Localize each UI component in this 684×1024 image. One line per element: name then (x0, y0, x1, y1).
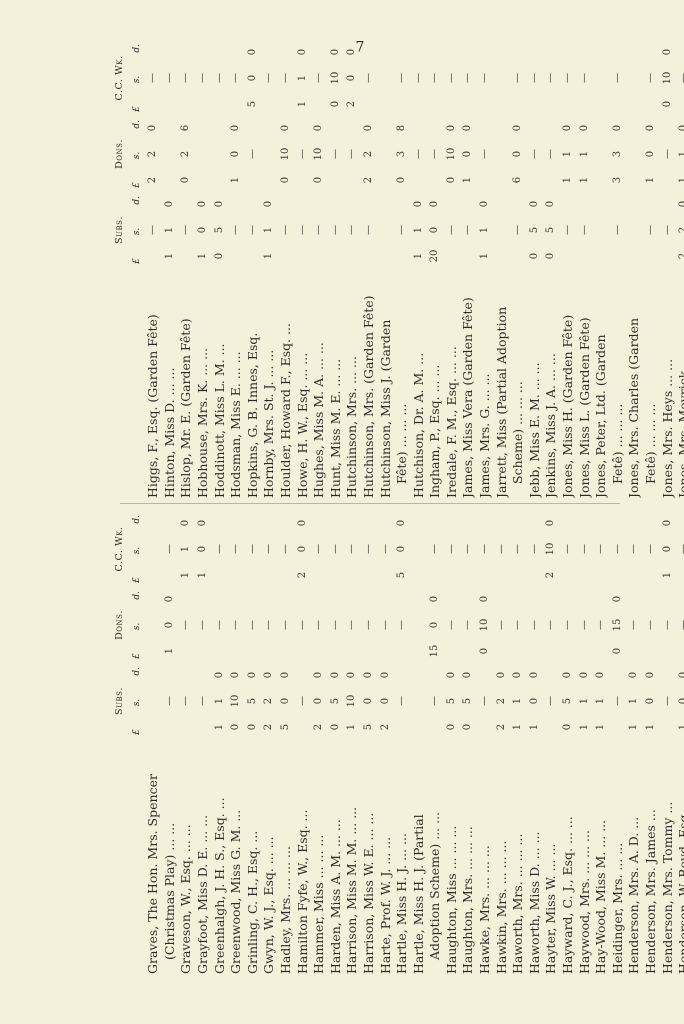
cc-pence (311, 40, 328, 64)
donor-name: Greenhalgh, J. H. S., Esq. ... (212, 739, 229, 974)
dons-pounds: 0 (394, 168, 411, 192)
donor-name: Grayfoot, Miss D. E. ... ... (195, 739, 212, 974)
subs-pounds (245, 244, 262, 268)
dons-shillings: — (444, 611, 461, 639)
cc-pence (261, 511, 278, 535)
cc-pence (527, 40, 544, 64)
table-row: Jones, Miss H. (Garden Fête)—110— (560, 40, 577, 498)
donor-name: Hobhouse, Mrs. K. ... ... (195, 268, 212, 498)
dons-shillings: — (626, 611, 643, 639)
subs-pounds: 1 (510, 715, 527, 739)
subs-pounds (427, 715, 444, 739)
cc-pounds (378, 563, 395, 587)
dons-pounds (212, 639, 229, 663)
table-row: Hoddinott, Miss L. M. ...050— (212, 40, 229, 498)
subs-pounds: 1 (577, 715, 594, 739)
cc-shillings: — (411, 64, 428, 92)
cc-pounds: 1 (178, 563, 195, 587)
subs-pounds: 2 (676, 244, 684, 268)
dons-shillings: — (543, 611, 560, 639)
cc-pence (261, 40, 278, 64)
donor-name: Haworth, Miss D. ... ... (527, 739, 544, 974)
header-row: Subs. £s.d. Dons. £s.d. C.C. Wk. £s.d. (112, 511, 145, 974)
table-row: Hayter, Miss W. ... ...——2100 (543, 511, 560, 974)
subs-shillings: — (295, 687, 312, 715)
cc-pence (178, 40, 195, 64)
table-row: Hislop, Mr. E. (Garden Fête)—026— (178, 40, 195, 498)
cc-pence (378, 40, 395, 64)
subs-shillings: — (278, 216, 295, 244)
right-column: Subs. £s.d. Dons. £s.d. C.C. Wk. £s.d. H… (112, 36, 684, 498)
cc-pence (278, 40, 295, 64)
cc-shillings: — (228, 64, 245, 92)
table-row: Hadley, Mrs. ... ... ...500—— (278, 511, 295, 974)
cc-shillings: — (510, 64, 527, 92)
donor-name: Howe, H. W., Esq. ... ... (295, 268, 312, 498)
cc-pence (593, 511, 610, 535)
dons-header: Dons. £s.d. (112, 116, 145, 192)
subs-pence (411, 663, 428, 687)
cc-pounds (494, 92, 511, 116)
subs-pounds: 2 (311, 715, 328, 739)
cc-pounds (676, 92, 684, 116)
dons-pounds: 0 (178, 168, 195, 192)
dons-pounds (510, 639, 527, 663)
cc-pence (610, 40, 627, 64)
dons-pounds (178, 639, 195, 663)
dons-pounds (427, 168, 444, 192)
dons-pounds (245, 639, 262, 663)
donor-name: Haughton, Mrs. ... ... ... (460, 739, 477, 974)
cc-shillings (145, 535, 162, 563)
subs-pounds: 0 (444, 715, 461, 739)
table-row: Haworth, Miss D. ... ...100—— (527, 511, 544, 974)
table-row: Hawkin, Mrs. ... ... ...220—— (494, 511, 511, 974)
subs-pounds: 0 (460, 715, 477, 739)
donor-name: Iredale, F. M., Esq. ... ... (444, 268, 461, 498)
donor-name: Greenwood, Miss G. M. ... (228, 739, 245, 974)
dons-pounds (593, 639, 610, 663)
dons-pounds (560, 639, 577, 663)
subs-pence (643, 192, 660, 216)
subs-pounds: 1 (195, 244, 212, 268)
cc-pounds (543, 92, 560, 116)
dons-pence (311, 587, 328, 611)
table-row: Fête) ... ... ...—038— (394, 40, 411, 498)
table-row: Hutchinson, Miss J. (Garden (378, 40, 395, 498)
table-row: Jarrett, Miss (Partial Adoption (494, 40, 511, 498)
cc-shillings: — (278, 535, 295, 563)
subs-pence: 0 (212, 663, 229, 687)
cc-pounds (460, 92, 477, 116)
subs-shillings: — (178, 216, 195, 244)
cc-shillings: — (676, 64, 684, 92)
subs-pounds: 0 (328, 715, 345, 739)
dons-pence: 0 (427, 587, 444, 611)
subs-pence: 0 (328, 663, 345, 687)
table-row: Hornby, Mrs. St. J. ... ...110— (261, 40, 278, 498)
dons-pounds: 1 (577, 168, 594, 192)
dons-pounds: 1 (162, 639, 179, 663)
dons-shillings: 2 (361, 140, 378, 168)
donor-name: Jones, Miss H. (Garden Fête) (560, 268, 577, 498)
cc-shillings: — (494, 535, 511, 563)
donor-name: Higgs, F., Esq. (Garden Fête) (145, 268, 162, 498)
cc-pounds: 1 (660, 563, 677, 587)
cc-pounds (676, 563, 684, 587)
subs-pounds (178, 244, 195, 268)
subs-pence: 0 (494, 663, 511, 687)
dons-shillings: — (278, 611, 295, 639)
table-row: Hay-Wood, Miss M. ... ...110—— (593, 511, 610, 974)
cc-shillings (411, 535, 428, 563)
subs-pounds (510, 244, 527, 268)
cc-pence (162, 511, 179, 535)
dons-pounds (295, 639, 312, 663)
subs-pence: 0 (444, 663, 461, 687)
subs-pounds: 1 (527, 715, 544, 739)
cc-pence (245, 511, 262, 535)
dons-shillings (195, 140, 212, 168)
subs-pence: 0 (228, 663, 245, 687)
subs-pence: 0 (427, 192, 444, 216)
subs-pounds (162, 715, 179, 739)
dons-pence (245, 587, 262, 611)
cc-pounds (560, 563, 577, 587)
dons-shillings (411, 611, 428, 639)
donor-name: Jones, Mrs. Meyrick ... ... (676, 268, 684, 498)
dons-shillings (593, 140, 610, 168)
cc-pounds (477, 92, 494, 116)
donor-name: Hartle, Miss H. J. ... ... (394, 739, 411, 974)
cc-pence (278, 511, 295, 535)
subs-pounds (178, 715, 195, 739)
donor-name: Adoption Scheme) ... ... (427, 739, 444, 974)
donor-name: James, Mrs. G. ... ... (477, 268, 494, 498)
dons-shillings: — (660, 140, 677, 168)
donor-name: Henderson, Mrs. A. D. ... (626, 739, 643, 974)
cc-pence (228, 511, 245, 535)
subs-shillings: 0 (527, 687, 544, 715)
table-row: Higgs, F., Esq. (Garden Fête)—220— (145, 40, 162, 498)
table-row: Hopkins, G. B. Innes, Esq.——500 (245, 40, 262, 498)
donor-name: Haughton, Miss ... ... ... (444, 739, 461, 974)
cc-pounds (378, 92, 395, 116)
dons-pence (278, 587, 295, 611)
cc-pence: 0 (394, 511, 411, 535)
subs-shillings: 0 (311, 687, 328, 715)
cc-pounds: 5 (394, 563, 411, 587)
subs-pence (145, 192, 162, 216)
cc-shillings: — (560, 535, 577, 563)
subs-shillings (626, 216, 643, 244)
dons-shillings: — (527, 140, 544, 168)
cc-shillings: — (278, 64, 295, 92)
cc-pounds (560, 92, 577, 116)
dons-pounds (543, 168, 560, 192)
subs-pounds (295, 715, 312, 739)
cc-shillings: — (527, 535, 544, 563)
cc-pence (311, 511, 328, 535)
subs-pounds (560, 244, 577, 268)
cc-pounds (427, 92, 444, 116)
table-row: Hinton, Miss D. ... ...110— (162, 40, 179, 498)
subs-shillings: — (543, 687, 560, 715)
dons-pence (162, 116, 179, 140)
subs-shillings: — (195, 687, 212, 715)
donor-name: Hoddinott, Miss L. M. ... (212, 268, 229, 498)
dons-pence: 0 (610, 587, 627, 611)
cc-pence (378, 511, 395, 535)
subs-pence (444, 192, 461, 216)
dons-pence (245, 116, 262, 140)
subs-pounds (593, 244, 610, 268)
cc-shillings: — (261, 64, 278, 92)
cc-pounds: 2 (543, 563, 560, 587)
dons-pounds (361, 639, 378, 663)
subs-pounds (344, 244, 361, 268)
cc-pounds (411, 563, 428, 587)
subs-pounds: 2 (261, 715, 278, 739)
table-row: Henderson, Mrs. James ...100—— (643, 511, 660, 974)
cc-pounds (228, 563, 245, 587)
cc-pence: 0 (195, 511, 212, 535)
subs-pence (162, 663, 179, 687)
dons-pence (344, 116, 361, 140)
donor-name: Fetê) ... ... ... (610, 268, 627, 498)
table-row: Hutchinson, Mrs. (Garden Fête)—220— (361, 40, 378, 498)
dons-pence (212, 116, 229, 140)
dons-pence (593, 587, 610, 611)
dons-pounds (593, 168, 610, 192)
cc-shillings: — (228, 535, 245, 563)
subs-pence: 0 (261, 192, 278, 216)
dons-pounds (295, 168, 312, 192)
cc-pence (560, 40, 577, 64)
subs-pence (378, 192, 395, 216)
subs-pence (278, 192, 295, 216)
table-row: Hobhouse, Mrs. K. ... ...100— (195, 40, 212, 498)
dons-shillings: — (195, 611, 212, 639)
subs-pence (145, 663, 162, 687)
table-row: Graveson, W., Esq. ... ...——110 (178, 511, 195, 974)
dons-pence: 0 (477, 587, 494, 611)
cc-pence: 0 (245, 40, 262, 64)
donor-name: Hayter, Miss W. ... ... (543, 739, 560, 974)
donor-name: Hunt, Miss M. E. ... ... (328, 268, 345, 498)
dons-pence (510, 587, 527, 611)
cc-shillings (593, 64, 610, 92)
dons-pence (378, 587, 395, 611)
cc-shillings: — (643, 535, 660, 563)
table-row: Haworth, Mrs. ... ... ...110—— (510, 511, 527, 974)
dons-shillings: — (411, 140, 428, 168)
dons-shillings: — (660, 611, 677, 639)
dons-shillings: — (328, 140, 345, 168)
dons-pence (195, 587, 212, 611)
subs-shillings: 1 (577, 687, 594, 715)
donor-name: Haworth, Mrs. ... ... ... (510, 739, 527, 974)
dons-shillings: — (311, 611, 328, 639)
donor-name: Jones, Peter, Ltd. (Garden (593, 268, 610, 498)
cc-shillings: — (361, 64, 378, 92)
dons-pence: 0 (162, 587, 179, 611)
dons-pence (295, 587, 312, 611)
subs-shillings: — (178, 687, 195, 715)
subs-pounds: 1 (626, 715, 643, 739)
dons-shillings: 1 (577, 140, 594, 168)
dons-shillings (378, 140, 395, 168)
dons-pounds (212, 168, 229, 192)
table-row: Jones, Peter, Ltd. (Garden (593, 40, 610, 498)
dons-shillings (212, 140, 229, 168)
table-row: Hodsman, Miss E. ... ...—100— (228, 40, 245, 498)
table-row: Greenhalgh, J. H. S., Esq. ...110—— (212, 511, 229, 974)
cc-pence (344, 511, 361, 535)
subs-pounds: 20 (427, 244, 444, 268)
cc-pounds (494, 563, 511, 587)
cc-shillings: — (162, 64, 179, 92)
cc-pounds (261, 92, 278, 116)
subs-pence (311, 192, 328, 216)
table-row: Hutchison, Dr. A. M. ...110—— (411, 40, 428, 498)
dons-pence (527, 116, 544, 140)
cc-pounds (261, 563, 278, 587)
dons-shillings: — (543, 140, 560, 168)
donor-name: Hadley, Mrs. ... ... ... (278, 739, 295, 974)
cc-pence (510, 40, 527, 64)
cc-pounds (626, 92, 643, 116)
dons-pence: 0 (228, 116, 245, 140)
table-row: Harrison, Miss M. M. ... ...1100—— (344, 511, 361, 974)
cc-pounds (510, 563, 527, 587)
cc-shillings: — (394, 64, 411, 92)
cc-shillings: — (643, 64, 660, 92)
cc-shillings: — (477, 535, 494, 563)
table-row: James, Mrs. G. ... ...110—— (477, 40, 494, 498)
cc-shillings: — (195, 64, 212, 92)
dons-pence (295, 116, 312, 140)
dons-pence (660, 116, 677, 140)
subs-pence (577, 192, 594, 216)
cc-shillings: — (162, 535, 179, 563)
cc-pounds: 5 (245, 92, 262, 116)
subs-pounds (626, 244, 643, 268)
cc-pounds (527, 92, 544, 116)
cc-pounds (212, 563, 229, 587)
cc-pounds (444, 563, 461, 587)
dons-pounds (411, 639, 428, 663)
donor-name: Harrison, Miss M. M. ... ... (344, 739, 361, 974)
dons-pounds (344, 639, 361, 663)
subs-pounds: 1 (676, 715, 684, 739)
dons-shillings: — (560, 611, 577, 639)
cc-shillings: — (444, 535, 461, 563)
cc-pence (411, 511, 428, 535)
cc-pence (394, 40, 411, 64)
cc-pence (145, 40, 162, 64)
table-row: Hunt, Miss M. E. ... ...——0100 (328, 40, 345, 498)
cc-pounds (460, 563, 477, 587)
donor-name: Scheme) ... ... ... (510, 268, 527, 498)
cc-pence (427, 511, 444, 535)
dons-pounds (527, 639, 544, 663)
cc-shillings: 0 (344, 64, 361, 92)
subs-pence (394, 192, 411, 216)
dons-pounds (460, 639, 477, 663)
dons-pence (676, 587, 684, 611)
cc-pence (494, 40, 511, 64)
subs-pounds: 1 (593, 715, 610, 739)
subs-pence: 0 (162, 192, 179, 216)
donor-name: Hayward, C. J., Esq. ... ... (560, 739, 577, 974)
subs-shillings: — (660, 687, 677, 715)
dons-pounds: 0 (278, 168, 295, 192)
subs-pounds: 1 (477, 244, 494, 268)
dons-pence: 0 (444, 116, 461, 140)
cc-pounds (311, 563, 328, 587)
donor-name: Henderson, Mrs. James ... (643, 739, 660, 974)
subs-shillings (411, 687, 428, 715)
cc-shillings: 1 (178, 535, 195, 563)
subs-pence (178, 192, 195, 216)
dons-pounds (195, 639, 212, 663)
subs-header: Subs. £s.d. (112, 192, 145, 268)
cc-pounds (311, 92, 328, 116)
cc-pence (543, 40, 560, 64)
subs-pounds (328, 244, 345, 268)
subs-pence (195, 663, 212, 687)
donor-name: Grinling, C. H., Esq. ... (245, 739, 262, 974)
dons-pence (411, 116, 428, 140)
dons-pounds (494, 639, 511, 663)
subs-pounds: 0 (228, 715, 245, 739)
subs-shillings: 2 (494, 687, 511, 715)
dons-pence: 0 (361, 116, 378, 140)
cc-pence (643, 511, 660, 535)
table-row: Hughes, Miss M. A. ... ...—0100— (311, 40, 328, 498)
cc-pounds (593, 563, 610, 587)
cc-shillings: — (212, 535, 229, 563)
dons-pence: 0 (510, 116, 527, 140)
subs-pounds: 2 (494, 715, 511, 739)
cc-shillings: — (328, 535, 345, 563)
cc-shillings: — (361, 535, 378, 563)
subs-shillings (593, 216, 610, 244)
subs-pence (543, 663, 560, 687)
subs-shillings: 1 (212, 687, 229, 715)
table-row: (Christmas Play) ... ...—100— (162, 511, 179, 974)
table-row: Jones, Miss L. (Garden Fête)—110— (577, 40, 594, 498)
dons-pence: 0 (577, 116, 594, 140)
subs-pounds (195, 715, 212, 739)
dons-pounds: 0 (311, 168, 328, 192)
dons-pence: 0 (560, 116, 577, 140)
dons-shillings: — (510, 611, 527, 639)
donor-name: (Christmas Play) ... ... (162, 739, 179, 974)
dons-pence (660, 587, 677, 611)
subs-pounds (660, 244, 677, 268)
dons-pence (328, 587, 345, 611)
cc-pence (494, 511, 511, 535)
cc-pence: 0 (178, 511, 195, 535)
dons-shillings: — (361, 611, 378, 639)
subs-shillings: — (328, 216, 345, 244)
subs-pounds (444, 244, 461, 268)
dons-pence: 8 (394, 116, 411, 140)
subs-pence (660, 663, 677, 687)
dons-pence (411, 587, 428, 611)
